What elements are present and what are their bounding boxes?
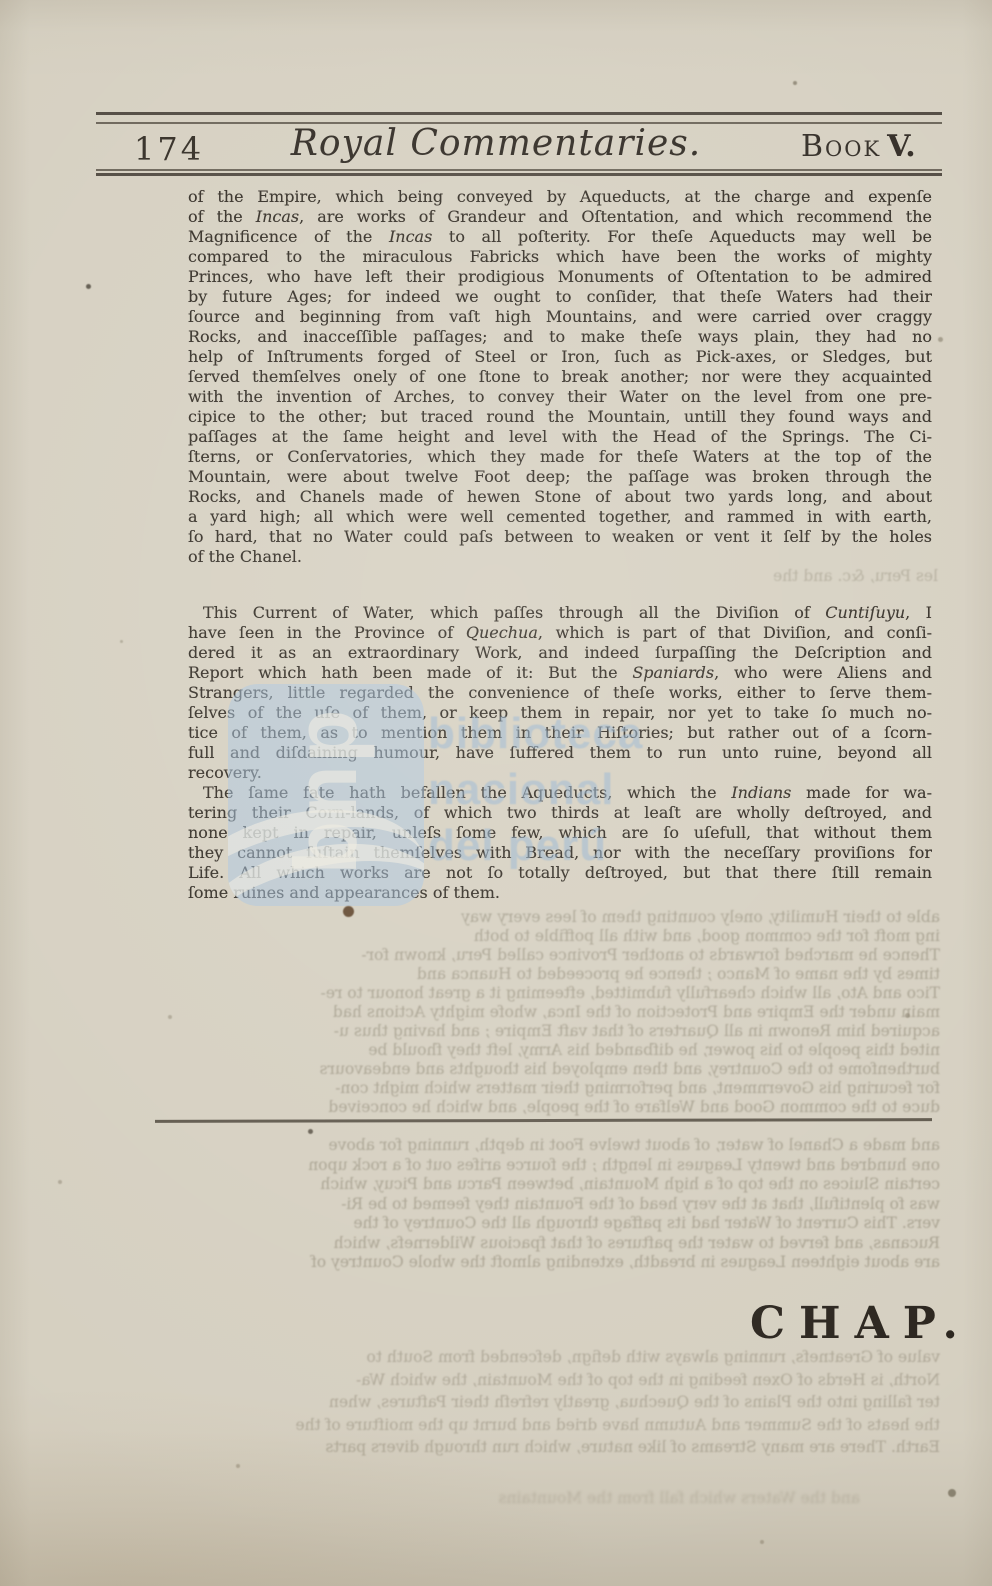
text-line: full and diſdaining humour, have ſuffere…: [188, 743, 932, 763]
text-line: help of Inſtruments forged of Steel or I…: [188, 347, 932, 367]
scanned-book-page: les Peru, &c. and the able to their Humi…: [0, 0, 992, 1586]
text-line: The ſame fate hath befallen the Aqueduct…: [188, 783, 932, 803]
bleedthrough-line: ing moft for the common good, and with a…: [228, 927, 940, 946]
book-numeral: V.: [887, 129, 915, 164]
bleedthrough-line: one hundred and twenty Leagues in length…: [240, 1156, 940, 1176]
bleed-smudge: and the Waters which fall from the Mount…: [300, 1488, 860, 1508]
text-line: compared to the miraculous Fabricks whic…: [188, 247, 932, 267]
ink-speck: [58, 1180, 62, 1184]
text-line: of the Empire, which being conveyed by A…: [188, 187, 932, 207]
bleedthrough-line: North, is Herds of Oxen feeding in the t…: [240, 1369, 940, 1392]
text-line: cipice to the other; but traced round th…: [188, 407, 932, 427]
bleedthrough-line: duce to the common Good and Welfare of t…: [228, 1098, 940, 1117]
bleedthrough-line: Rucanas, and ferved to water the pafture…: [240, 1234, 940, 1254]
catchword: CHAP.: [750, 1298, 972, 1349]
text-line: tering their Corn-lands, of which two th…: [188, 803, 932, 823]
bleed-middle: and made a Chanel of water, of about twe…: [240, 1136, 940, 1273]
text-line: Life. All which works are not ſo totally…: [188, 863, 932, 883]
bleedthrough-line: ter falling into the Plains of the Quech…: [240, 1391, 940, 1414]
text-line: ſterns, or Conſervatories, which they ma…: [188, 447, 932, 467]
bleedthrough-line: value of Greatnefs, running always with …: [240, 1346, 940, 1369]
bleedthrough-line: Earth. There are many Streams of like na…: [240, 1436, 940, 1459]
text-line: by future Ages; for indeed we ought to c…: [188, 287, 932, 307]
bleedthrough-line: certain Sluices on the top of a high Mou…: [240, 1175, 940, 1195]
text-line: ſome ruines and appearances of them.: [188, 883, 932, 903]
text-line: Princes, who have left their prodigious …: [188, 267, 932, 287]
text-line: ſource and beginning from vaſt high Moun…: [188, 307, 932, 327]
bleed-upper: able to their Humility, onely counting t…: [228, 908, 940, 1117]
text-line: of the Chanel.: [188, 547, 932, 567]
text-line: Rocks, and Chanels made of hewen Stone o…: [188, 487, 932, 507]
bleedthrough-line: and the Waters which fall from the Mount…: [300, 1488, 860, 1508]
text-line: Mountain, were about twelve Foot deep; t…: [188, 467, 932, 487]
header-bottom-rule-thin: [96, 169, 942, 171]
bleedthrough-line: burthenfome to the Countrey, and then em…: [228, 1060, 940, 1079]
body-text: of the Empire, which being conveyed by A…: [188, 187, 932, 903]
text-line: a yard high; all which were well cemente…: [188, 507, 932, 527]
paragraph: of the Empire, which being conveyed by A…: [188, 187, 932, 567]
bleedthrough-line: are about eighteen Leagues in breadth, e…: [240, 1253, 940, 1273]
ink-speck: [793, 81, 797, 85]
ink-speck: [168, 1015, 172, 1019]
bleedthrough-line: acquired him Renown in all Quarters of t…: [228, 1022, 940, 1041]
bleed-lower: value of Greatnefs, running always with …: [240, 1346, 940, 1459]
bleedthrough-line: Thence he marched forwards to another Pr…: [228, 946, 940, 965]
text-line: tice of them, as to mention them in thei…: [188, 723, 932, 743]
text-line: of the Incas, are works of Grandeur and …: [188, 207, 932, 227]
bleedthrough-line: vers. This Current of Water had its paff…: [240, 1214, 940, 1234]
bleedthrough-line: main under the Empire and Protection of …: [228, 1003, 940, 1022]
bleedthrough-line: for fecuring his Government, and perform…: [228, 1079, 940, 1098]
text-line: with the invention of Arches, to convey …: [188, 387, 932, 407]
bleedthrough-line: times by the name of Manco ; thence he p…: [228, 965, 940, 984]
bleedthrough-line: Tico and Ato, all which chearfully fubmi…: [228, 984, 940, 1003]
text-line: Magnificence of the Incas to all poſteri…: [188, 227, 932, 247]
header-bottom-rule-thick: [96, 173, 942, 176]
ink-speck: [308, 1129, 313, 1134]
text-line: they cannot ſuſtain themſelves with Brea…: [188, 843, 932, 863]
header-top-rule-thick: [96, 112, 942, 115]
bleedthrough-line: and made a Chanel of water, of about twe…: [240, 1136, 940, 1156]
text-line: ſo hard, that no Water could paſs betwee…: [188, 527, 932, 547]
book-label: BookV.: [801, 129, 916, 164]
bleedthrough-line: the heats of the Summer and Autumn have …: [240, 1414, 940, 1437]
book-word: Book: [801, 129, 881, 164]
text-line: none kept in repair, unleſs ſome few, wh…: [188, 823, 932, 843]
ink-speck: [236, 1464, 240, 1468]
bleedthrough-line: able to their Humility, onely counting t…: [228, 908, 940, 927]
text-line: dered it as an extraordinary Work, and i…: [188, 643, 932, 663]
ink-speck: [948, 1489, 956, 1497]
text-line: Rocks, and inacceſſible paſſages; and to…: [188, 327, 932, 347]
section-divider-rule: [155, 1118, 932, 1122]
ink-speck: [120, 640, 123, 643]
ink-speck: [938, 337, 943, 342]
ink-speck: [760, 1540, 764, 1544]
bleedthrough-line: was fo plentifull, that at the very head…: [240, 1195, 940, 1215]
text-line: recovery.: [188, 763, 932, 783]
text-line: Strangers, little regarded the convenien…: [188, 683, 932, 703]
text-line: ſerved themſelves onely of one ſtone to …: [188, 367, 932, 387]
text-line: Report which hath been made of it: But t…: [188, 663, 932, 683]
ink-speck: [86, 284, 91, 289]
bleedthrough-line: nited this people to his power, he difba…: [228, 1041, 940, 1060]
text-line: paſſages at the ſame height and level wi…: [188, 427, 932, 447]
text-line: This Current of Water, which paſſes thro…: [188, 603, 932, 623]
text-line: have ſeen in the Province of Quechua, wh…: [188, 623, 932, 643]
paragraph: The ſame fate hath befallen the Aqueduct…: [188, 783, 932, 903]
paragraph: This Current of Water, which paſſes thro…: [188, 603, 932, 783]
text-line: ſelves of the uſe of them, or keep them …: [188, 703, 932, 723]
